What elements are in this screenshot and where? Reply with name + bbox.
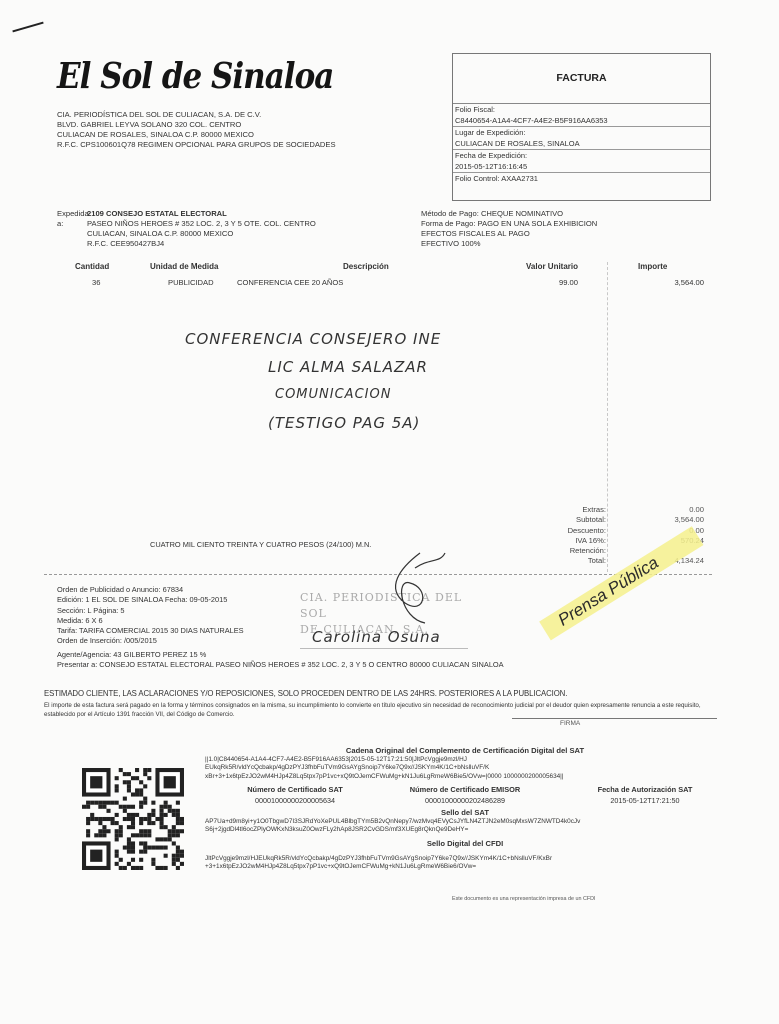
folio-control: Folio Control: AXAA2731 [453, 172, 710, 184]
factura-box: FACTURA Folio Fiscal: C8440654-A1A4-4CF7… [452, 53, 711, 201]
sello-cfdi-line: JltPcVggje9mzl/HJEUkqRk5R/vldYcQcbakp/4g… [205, 855, 552, 863]
cadena-original: ||1.0|C8440654-A1A4-4CF7-A4E2-B5F916AA63… [205, 756, 564, 781]
issuer-line: CIA. PERIODÍSTICA DEL SOL DE CULIACAN, S… [57, 110, 336, 120]
extras-label: Extras: [508, 505, 606, 515]
issuer-info: CIA. PERIODÍSTICA DEL SOL DE CULIACAN, S… [57, 110, 336, 150]
sello-sat-title: Sello del SAT [200, 808, 730, 817]
qr-code [82, 768, 184, 870]
signature-name: Carolina Osuna [312, 628, 441, 646]
item-valor-unitario: 99.00 [500, 278, 578, 287]
col-unidad: Unidad de Medida [150, 262, 218, 271]
cert-sat-label: Número de Certificado SAT [220, 785, 370, 794]
folio-fiscal-value: C8440654-A1A4-4CF7-A4E2-B5F916AA6353 [453, 115, 710, 126]
signature-scribble [380, 548, 450, 628]
totals-labels: Extras: Subtotal: Descuento: IVA 16%: Re… [508, 505, 606, 567]
sello-cfdi: JltPcVggje9mzl/HJEUkqRk5R/vldYcQcbakp/4g… [205, 855, 552, 872]
subtotal-label: Subtotal: [508, 515, 606, 525]
cadena-line: ||1.0|C8440654-A1A4-4CF7-A4E2-B5F916AA63… [205, 756, 564, 764]
handwritten-line: (TESTIGO PAG 5A) [268, 414, 420, 432]
handwritten-line: CONFERENCIA CONSEJERO INE [185, 330, 441, 348]
column-divider [607, 262, 608, 572]
issuer-line: CULIACAN DE ROSALES, SINALOA C.P. 80000 … [57, 130, 336, 140]
fecha-label: Fecha de Expedición: [453, 149, 710, 161]
cert-emisor-label: Número de Certificado EMISOR [390, 785, 540, 794]
payment-effects: EFECTOS FISCALES AL PAGO [421, 229, 597, 239]
amount-in-words: CUATRO MIL CIENTO TREINTA Y CUATRO PESOS… [150, 540, 371, 549]
cert-sat-value: 00001000000200005634 [220, 796, 370, 805]
subtotal-value: 3,564.00 [612, 515, 704, 525]
present-to-line: Presentar a: CONSEJO ESTATAL ELECTORAL P… [57, 660, 504, 670]
item-cantidad: 36 [92, 278, 100, 287]
cadena-title: Cadena Original del Complemento de Certi… [200, 746, 730, 755]
lugar-label: Lugar de Expedición: [453, 126, 710, 138]
sello-cfdi-title: Sello Digital del CFDI [200, 839, 730, 848]
col-descripcion: Descripción [343, 262, 389, 271]
col-valor-unitario: Valor Unitario [526, 262, 578, 271]
payment-cash: EFECTIVO 100% [421, 239, 597, 249]
extras-value: 0.00 [612, 505, 704, 515]
pen-mark [12, 22, 43, 33]
folio-fiscal-label: Folio Fiscal: [453, 104, 710, 115]
payment-form: Forma de Pago: PAGO EN UNA SOLA EXHIBICI… [421, 219, 597, 229]
agent-line: Agente/Agencia: 43 GILBERTO PEREZ 15 % [57, 650, 504, 660]
customer-name: 2109 CONSEJO ESTATAL ELECTORAL [87, 209, 316, 219]
iva-label: IVA 16%: [508, 536, 606, 546]
descuento-label: Descuento: [508, 526, 606, 536]
cadena-line: xBr+3+1x6tpEzJO2wM4HJp4Z8Lq5tpx7pP1vc+xQ… [205, 773, 564, 781]
newspaper-logo: El Sol de Sinaloa [57, 56, 333, 97]
legal-text: El importe de esta factura será pagado e… [44, 702, 724, 719]
lugar-value: CULIACAN DE ROSALES, SINALOA [453, 138, 710, 149]
fecha-aut-label: Fecha de Autorización SAT [575, 785, 715, 794]
fecha-value: 2015-05-12T16:16:45 [453, 161, 710, 172]
handwritten-line: COMUNICACION [275, 387, 391, 402]
fecha-aut-value: 2015-05-12T17:21:50 [575, 796, 715, 805]
issuer-line: R.F.C. CPS100601Q78 REGIMEN OPCIONAL PAR… [57, 140, 336, 150]
total-label: Total: [508, 556, 606, 566]
issuer-line: BLVD. GABRIEL LEYVA SOLANO 320 COL. CENT… [57, 120, 336, 130]
customer-city: CULIACAN, SINALOA C.P. 80000 MEXICO [87, 229, 316, 239]
item-descripcion: CONFERENCIA CEE 20 AÑOS [237, 278, 343, 287]
factura-title: FACTURA [453, 72, 710, 84]
payment-method: Método de Pago: CHEQUE NOMINATIVO [421, 209, 597, 219]
sello-sat-line: AP7Ua+d9m8yi+y1O0TbgwD7I3SJRdYoXePUL4Blb… [205, 818, 580, 826]
customer-rfc: R.F.C. CEE950427BJ4 [87, 239, 316, 249]
customer-notice: ESTIMADO CLIENTE, LAS ACLARACIONES Y/O R… [44, 689, 567, 698]
factura-details: Folio Fiscal: C8440654-A1A4-4CF7-A4E2-B5… [453, 103, 710, 184]
retencion-label: Retención: [508, 546, 606, 556]
handwritten-line: LIC ALMA SALAZAR [268, 358, 428, 376]
footer-note: Este documento es una representación imp… [452, 896, 596, 902]
customer-address: PASEO NIÑOS HEROES # 352 LOC. 2, 3 Y 5 O… [87, 219, 316, 229]
item-importe: 3,564.00 [620, 278, 704, 287]
firma-line [512, 718, 717, 719]
sello-cfdi-line: +3+1x6tpEzJO2wM4HJp4Z8Lq5tpx7pP1vc+xQ9tO… [205, 863, 552, 871]
item-unidad: PUBLICIDAD [168, 278, 214, 287]
bill-to-label: Expedida a: [57, 209, 89, 229]
cert-emisor-value: 00001000000202486289 [390, 796, 540, 805]
firma-label: FIRMA [560, 720, 580, 727]
col-importe: Importe [638, 262, 667, 271]
cadena-line: EUkqRk5R/vldYcQcbakp/4gDzPYJ3fhbFuTVm9Gs… [205, 764, 564, 772]
sello-sat-line: S6j+2jgdDl4tl6ocZPlyOWKxN3ksuZ0OwzFLy2hA… [205, 826, 580, 834]
signature-line [300, 648, 468, 649]
col-cantidad: Cantidad [75, 262, 109, 271]
sello-sat: AP7Ua+d9m8yi+y1O0TbgwD7I3SJRdYoXePUL4Blb… [205, 818, 580, 835]
payment-info: Método de Pago: CHEQUE NOMINATIVO Forma … [421, 209, 597, 249]
